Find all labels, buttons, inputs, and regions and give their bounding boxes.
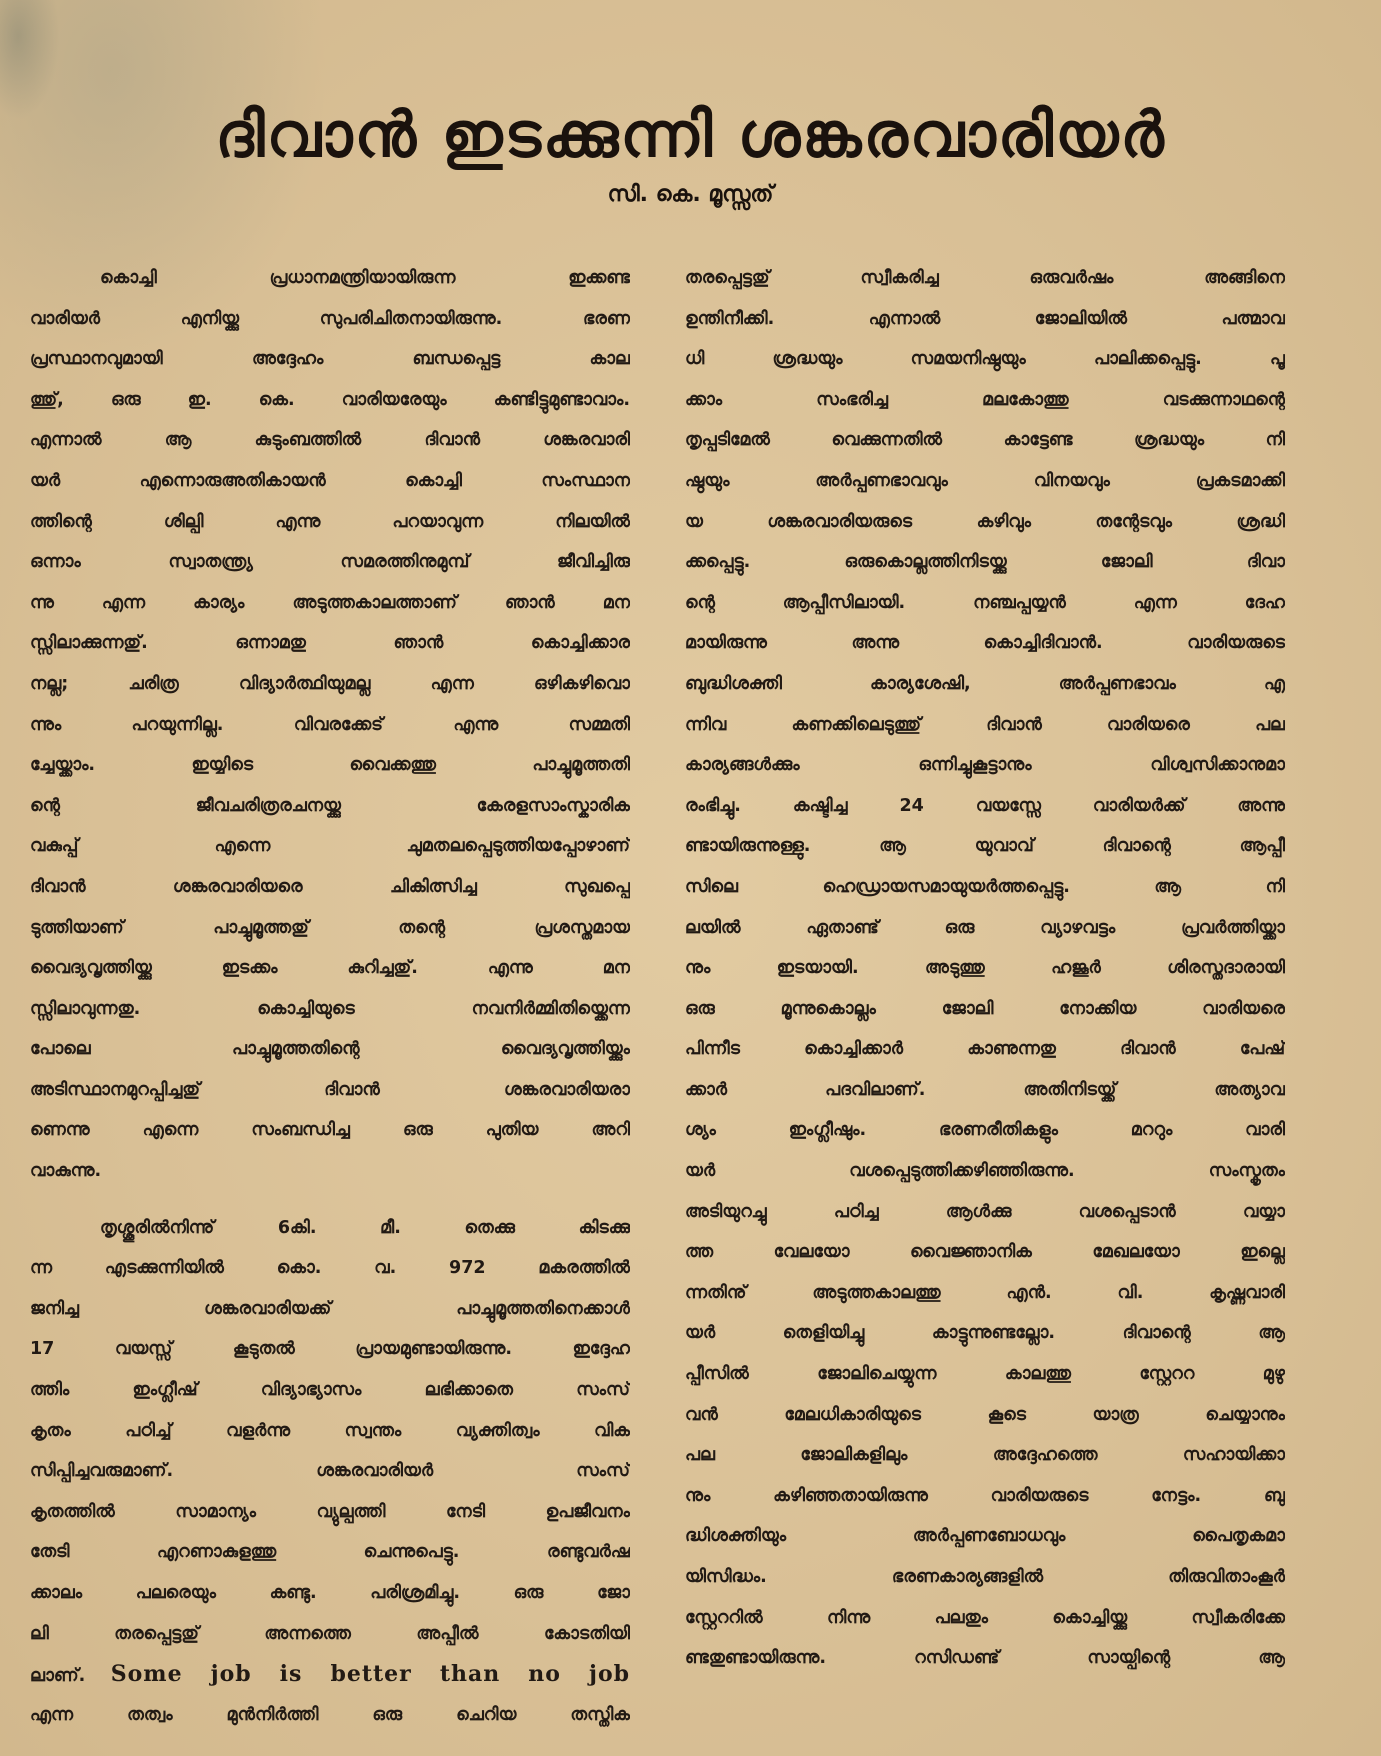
left-column: കൊച്ചി പ്രധാനമന്ത്രിയായിരുന്ന ഇക്കണ്ട വാ… xyxy=(30,258,630,1735)
text-line: ത്തു്, ഒരു ഇ. കെ. വാരിയരേയും കണ്ടിട്ടുമു… xyxy=(30,380,630,421)
scanned-page: ദിവാൻ ഇടക്കുന്നി ശങ്കരവാരിയർ സി. കെ. മൂസ… xyxy=(0,0,1381,1756)
article-byline: സി. കെ. മൂസ്സത് xyxy=(0,182,1381,207)
text-line: വാരിയർ എനിയ്ക്കു സുപരിചിതനായിരുന്നു. ഭരണ xyxy=(30,299,630,340)
text-line: നും ഇടയായി. അടുത്തു ഹജൂർ ശിരസ്തദാരായി xyxy=(685,948,1285,989)
text-line: ജനിച്ച ശങ്കരവാരിയക്ക് പാച്ചുമൂത്തതിനെക്ക… xyxy=(30,1289,630,1330)
text-line: എന്ന തത്വം മുൻനിർത്തി ഒരു ചെറിയ തസ്തിക xyxy=(30,1695,630,1736)
text-fragment: ലാണ്. xyxy=(30,1666,111,1686)
text-line: ധി ശ്രദ്ധയും സമയനിഷ്ഠയും പാലിക്കപ്പെട്ടു… xyxy=(685,339,1285,380)
text-line: രംഭിച്ചു. കഷ്ടിച്ച 24 വയസ്സേ വാരിയർക്ക് … xyxy=(685,786,1285,827)
text-line: ന്നു എന്ന കാര്യം അടുത്തകാലത്താണ് ഞാൻ മന xyxy=(30,583,630,624)
right-column: തരപ്പെട്ടതു് സ്വീകരിച്ച ഒരുവർഷം അങ്ങിനെ … xyxy=(685,258,1285,1679)
text-line: സിപ്പിച്ചവരുമാണ്. ശങ്കരവാരിയർ സംസ് xyxy=(30,1451,630,1492)
text-line: യിസിദ്ധം. ഭരണകാര്യങ്ങളിൽ തിരുവിതാംകൂർ xyxy=(685,1557,1285,1598)
text-line-with-quote: ലാണ്. Some job is better than no job xyxy=(30,1654,630,1695)
text-line: പിന്നീട കൊച്ചിക്കാർ കാണുന്നതു ദിവാൻ പേഷ് xyxy=(685,1029,1285,1070)
text-line: ദ്ധിശക്തിയും അർപ്പണബോധവും പൈതൃകമാ xyxy=(685,1516,1285,1557)
text-line: പ്പീസിൽ ജോലിചെയ്യുന്ന കാലത്തു സ്റ്റേററ മ… xyxy=(685,1354,1285,1395)
text-line: ശ്യം ഇംഗ്ലീഷും. ഭരണരീതികളും മററും വാരി xyxy=(685,1110,1285,1151)
paragraph-1: കൊച്ചി പ്രധാനമന്ത്രിയായിരുന്ന ഇക്കണ്ട വാ… xyxy=(30,258,630,1192)
text-line: ടുത്തിയാണ് പാച്ചുമൂത്തതു് തന്റെ പ്രശസ്തമ… xyxy=(30,908,630,949)
text-line: തൃപ്പടിമേൽ വെക്കുന്നതിൽ കാട്ടേണ്ട ശ്രദ്ധ… xyxy=(685,420,1285,461)
text-line: ഷ്ഠയും അർപ്പണഭാവവും വിനയവും പ്രകടമാക്കി xyxy=(685,461,1285,502)
text-line: തരപ്പെട്ടതു് സ്വീകരിച്ച ഒരുവർഷം അങ്ങിനെ xyxy=(685,258,1285,299)
text-line: ന്നിവ കണക്കിലെടുത്തു് ദിവാൻ വാരിയരെ പല xyxy=(685,705,1285,746)
text-line: സ്സിലാവുന്നതു. കൊച്ചിയുടെ നവനിർമ്മിതിയ്ക… xyxy=(30,989,630,1030)
text-line: ന്നതിനു് അടുത്തകാലത്തു എൻ. വി. കൃഷ്ണവാരി xyxy=(685,1273,1285,1314)
text-line: യർ വശപ്പെടുത്തിക്കഴിഞ്ഞിരുന്നു. സംസ്കൃതം xyxy=(685,1151,1285,1192)
text-line: നും കഴിഞ്ഞതായിരുന്നു വാരിയരുടെ നേട്ടം. ബ… xyxy=(685,1476,1285,1517)
text-line: 17 വയസ്സ് കൂടുതൽ പ്രായമുണ്ടായിരുന്നു. ഇദ… xyxy=(30,1329,630,1370)
text-line: ച്ചേയ്ക്കാം. ഇയ്യിടെ വൈക്കത്തു പാച്ചുമൂത… xyxy=(30,745,630,786)
text-line: ക്കപ്പെട്ടു. ഒരുകൊല്ലത്തിനിടയ്ക്കു ജോലി … xyxy=(685,542,1285,583)
text-line: തേടി എറണാകുളത്തു ചെന്നുപെട്ടു. രണ്ടുവർഷ xyxy=(30,1532,630,1573)
text-line: പല ജോലികളിലും അദ്ദേഹത്തെ സഹായിക്കാ xyxy=(685,1435,1285,1476)
text-line: കൃതത്തിൽ സാമാന്യം വ്യുല്പത്തി നേടി ഉപജീവ… xyxy=(30,1492,630,1533)
text-line: യർ എന്നൊരുഅതികായൻ കൊച്ചി സംസ്ഥാന xyxy=(30,461,630,502)
text-line: സ്സിലാക്കുന്നതു്. ഒന്നാമതു ഞാൻ കൊച്ചിക്ക… xyxy=(30,623,630,664)
text-line: അടിസ്ഥാനമുറപ്പിച്ചതു് ദിവാൻ ശങ്കരവാരിയരാ xyxy=(30,1070,630,1111)
text-line: ഉന്തിനീക്കി. എന്നാൽ ജോലിയിൽ പത്മാവ xyxy=(685,299,1285,340)
text-line: പോലെ പാച്ചുമൂത്തതിന്റെ വൈദ്യവൃത്തിയ്ക്കു… xyxy=(30,1029,630,1070)
text-line: ത്ത വേലയോ വൈജ്ഞാനിക മേഖലയോ ഇല്ലെ xyxy=(685,1232,1285,1273)
article-title: ദിവാൻ ഇടക്കുന്നി ശങ്കരവാരിയർ xyxy=(0,95,1381,175)
text-line: ക്കാം സംഭരിച്ച മലകോത്തു വടക്കുന്നാഥന്റെ xyxy=(685,380,1285,421)
text-line: എന്നാൽ ആ കുടുംബത്തിൽ ദിവാൻ ശങ്കരവാരി xyxy=(30,420,630,461)
text-line: ത്തിന്റെ ശില്പി എന്നു പറയാവുന്ന നിലയിൽ xyxy=(30,502,630,543)
text-line: മായിരുന്നു അന്നു കൊച്ചിദിവാൻ. വാരിയരുടെ xyxy=(685,623,1285,664)
text-line: യ ശങ്കരവാരിയരുടെ കഴിവും തന്റേടവും ശ്രദ്ധ… xyxy=(685,502,1285,543)
text-line: ഒരു മൂന്നുകൊല്ലം ജോലി നോക്കിയ വാരിയരെ xyxy=(685,989,1285,1030)
text-line: ണ്ടതുണ്ടായിരുന്നു. റസിഡണ്ട് സായ്പിന്റെ ആ xyxy=(685,1638,1285,1679)
text-line: ബുദ്ധിശക്തി കാര്യശേഷി, അർപ്പണഭാവം എ xyxy=(685,664,1285,705)
text-line: വകുപ്പ് എന്നെ ചുമതലപ്പെടുത്തിയപ്പോഴാണ് xyxy=(30,826,630,867)
text-line: പ്രസ്ഥാനവുമായി അദ്ദേഹം ബന്ധപ്പെട്ട കാല xyxy=(30,339,630,380)
paragraph-2: തൃശ്ശൂരിൽനിന്നു് 6കി. മീ. തെക്കു കിടക്കു… xyxy=(30,1208,630,1736)
text-line: തൃശ്ശൂരിൽനിന്നു് 6കി. മീ. തെക്കു കിടക്കു xyxy=(30,1208,630,1249)
text-line: സ്റ്റേററിൽ നിന്നു പലതും കൊച്ചിയ്ക്കു സ്വ… xyxy=(685,1598,1285,1639)
text-line: അടിയുറച്ചു പഠിച്ച ആൾക്കു വശപ്പെടാൻ വയ്യാ xyxy=(685,1192,1285,1233)
text-line: ത്തിം ഇംഗ്ലീഷ് വിദ്യാഭ്യാസം ലഭിക്കാതെ സം… xyxy=(30,1370,630,1411)
text-line: കൊച്ചി പ്രധാനമന്ത്രിയായിരുന്ന ഇക്കണ്ട xyxy=(30,258,630,299)
paragraph-gap xyxy=(30,1192,630,1208)
text-line: ണെന്നു എന്നെ സംബന്ധിച്ച ഒരു പുതിയ അറി xyxy=(30,1110,630,1151)
text-line: ന്റെ ജീവചരിത്രരചനയ്ക്കു കേരളസാംസ്കാരിക xyxy=(30,786,630,827)
text-line: ന്ന എടക്കുന്നിയിൽ കൊ. വ. 972 മകരത്തിൽ xyxy=(30,1248,630,1289)
text-line: കൃതം പഠിച്ച് വളർന്നു സ്വന്തം വ്യക്തിത്വം… xyxy=(30,1411,630,1452)
text-line: കാര്യങ്ങൾക്കും ഒന്നിച്ചുകൂട്ടാനും വിശ്വസ… xyxy=(685,745,1285,786)
text-line: ലയിൽ ഏതാണ്ട് ഒരു വ്യാഴവട്ടം പ്രവർത്തിയ്ക… xyxy=(685,908,1285,949)
text-line: വൈദ്യവൃത്തിയ്ക്കു ഇടക്കം കുറിച്ചതു്. എന്… xyxy=(30,948,630,989)
text-line: ദിവാൻ ശങ്കരവാരിയരെ ചികിത്സിച്ച സുഖപ്പെ xyxy=(30,867,630,908)
text-line: യർ തെളിയിച്ചു കാട്ടുന്നുണ്ടല്ലോ. ദിവാന്റ… xyxy=(685,1313,1285,1354)
text-line: ണ്ടായിരുന്നുള്ളു. ആ യുവാവ് ദിവാന്റെ ആപ്പ… xyxy=(685,826,1285,867)
text-line: ക്കാർ പദവിലാണ്. അതിനിടയ്ക്ക് അത്യാവ xyxy=(685,1070,1285,1111)
text-line: ഒന്നാം സ്വാതന്ത്ര്യ സമരത്തിനുമുമ്പ് ജീവി… xyxy=(30,542,630,583)
text-line: ന്നും പറയുന്നില്ല. വിവരക്കേട് എന്നു സമ്മ… xyxy=(30,705,630,746)
text-line: ലി തരപ്പെട്ടതു് അന്നത്തെ അപ്പീൽ കോടതിയി xyxy=(30,1614,630,1655)
text-line: ന്റെ ആപ്പീസിലായി. നഞ്ചപ്പയ്യൻ എന്ന ദേഹ xyxy=(685,583,1285,624)
english-quote: Some job is better than no job xyxy=(111,1661,630,1687)
text-line: ക്കാലം പലരെയും കണ്ടു. പരിശ്രമിച്ചു. ഒരു … xyxy=(30,1573,630,1614)
text-line: സിലെ ഹെഡ്രായസമായുയർത്തപ്പെട്ടു. ആ നി xyxy=(685,867,1285,908)
text-line: വൻ മേലധികാരിയുടെ കൂടെ യാത്ര ചെയ്യാനും xyxy=(685,1395,1285,1436)
text-line: നല്ല; ചരിത്ര വിദ്യാർത്ഥിയുമല്ല എന്ന ഒഴിക… xyxy=(30,664,630,705)
text-line: വാകുന്നു. xyxy=(30,1151,630,1192)
